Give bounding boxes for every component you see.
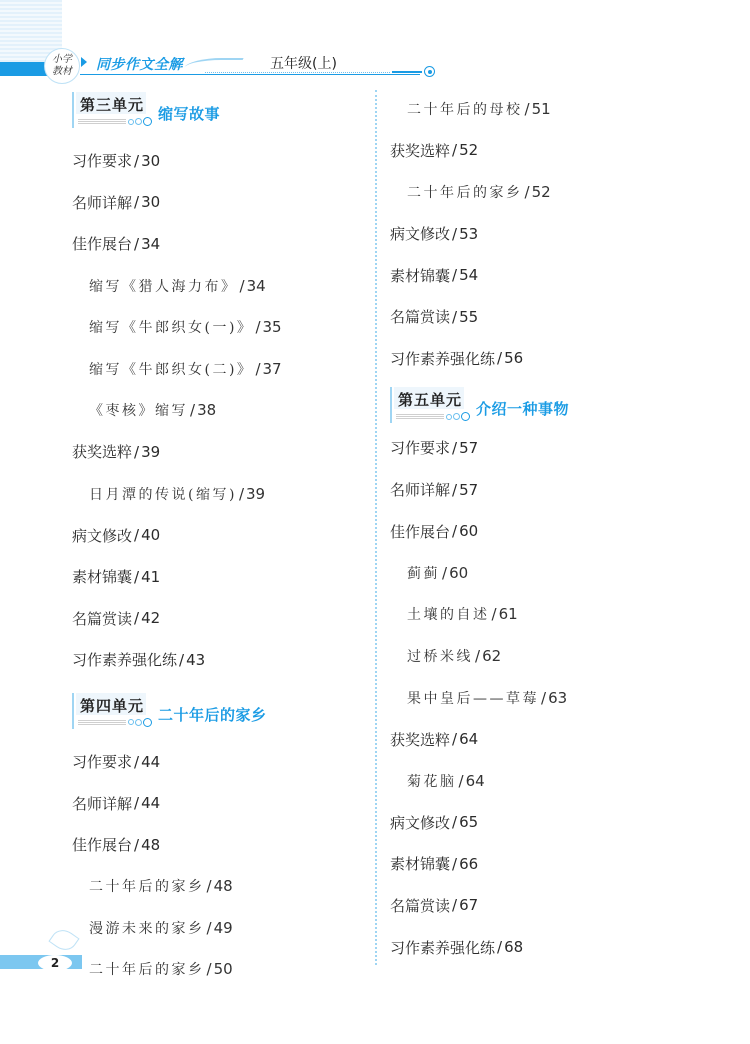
toc-page-number: 61 <box>499 605 518 623</box>
toc-entry-label: 二十年后的家乡 <box>89 876 205 896</box>
toc-entry[interactable]: 名师详解/30 <box>72 182 362 224</box>
toc-entry-label: 素材锦囊 <box>390 265 450 286</box>
toc-page-number: 53 <box>459 225 478 243</box>
toc-page-number: 39 <box>246 485 265 503</box>
toc-separator: / <box>207 877 212 895</box>
toc-page-number: 57 <box>459 481 478 499</box>
toc-separator: / <box>207 919 212 937</box>
toc-separator: / <box>452 522 457 540</box>
toc-page-number: 64 <box>466 772 485 790</box>
unit-badge: 第五单元 <box>390 387 468 423</box>
toc-entry[interactable]: 获奖选粹/52 <box>390 130 710 172</box>
toc-entry-label: 获奖选粹 <box>72 441 132 462</box>
toc-page-number: 38 <box>197 401 216 419</box>
badge-circles-decoration <box>128 718 152 727</box>
toc-subentry[interactable]: 日月潭的传说(缩写)/39 <box>72 473 362 515</box>
toc-entry-label: 二十年后的家乡 <box>89 959 205 979</box>
toc-separator: / <box>134 836 139 854</box>
unit-4-continued-list: 二十年后的母校/51获奖选粹/52二十年后的家乡/52病文修改/53素材锦囊/5… <box>390 88 710 379</box>
toc-separator: / <box>134 235 139 253</box>
toc-page-number: 37 <box>263 360 282 378</box>
toc-entry-label: 蓟蓟 <box>407 563 440 583</box>
toc-entry[interactable]: 获奖选粹/64 <box>390 718 710 760</box>
toc-entry-label: 佳作展台 <box>390 521 450 542</box>
toc-separator: / <box>134 526 139 544</box>
toc-entry-label: 佳作展台 <box>72 834 132 855</box>
toc-page-number: 55 <box>459 308 478 326</box>
toc-separator: / <box>452 141 457 159</box>
toc-entry-label: 获奖选粹 <box>390 140 450 161</box>
toc-page-number: 44 <box>141 794 160 812</box>
toc-entry[interactable]: 习作要求/30 <box>72 140 362 182</box>
toc-entry-label: 缩写《猎人海力布》 <box>89 276 238 296</box>
toc-entry-label: 佳作展台 <box>72 233 132 254</box>
toc-entry-label: 缩写《牛郎织女(一)》 <box>89 317 253 337</box>
unit-title: 缩写故事 <box>158 103 220 124</box>
toc-page-number: 52 <box>459 141 478 159</box>
unit-badge-label: 第三单元 <box>80 94 144 115</box>
toc-entry-label: 病文修改 <box>390 812 450 833</box>
toc-separator: / <box>255 360 260 378</box>
toc-entry[interactable]: 素材锦囊/66 <box>390 843 710 885</box>
toc-entry[interactable]: 名师详解/44 <box>72 782 362 824</box>
toc-separator: / <box>134 443 139 461</box>
toc-separator: / <box>134 609 139 627</box>
toc-separator: / <box>452 225 457 243</box>
toc-separator: / <box>442 564 447 582</box>
toc-entry[interactable]: 素材锦囊/41 <box>72 556 362 598</box>
header-solid-line <box>392 71 422 73</box>
toc-separator: / <box>207 960 212 978</box>
toc-entry-label: 名师详解 <box>72 793 132 814</box>
toc-separator: / <box>525 183 530 201</box>
toc-entry-label: 素材锦囊 <box>72 566 132 587</box>
toc-entry-label: 习作要求 <box>72 751 132 772</box>
toc-page-number: 43 <box>186 651 205 669</box>
column-divider <box>375 90 377 965</box>
toc-entry[interactable]: 佳作展台/48 <box>72 824 362 866</box>
toc-separator: / <box>452 730 457 748</box>
unit-3-list: 习作要求/30名师详解/30佳作展台/34缩写《猎人海力布》/34缩写《牛郎织女… <box>72 140 362 681</box>
toc-page-number: 66 <box>459 855 478 873</box>
toc-separator: / <box>452 266 457 284</box>
toc-entry[interactable]: 病文修改/40 <box>72 514 362 556</box>
toc-separator: / <box>255 318 260 336</box>
toc-page-number: 30 <box>141 193 160 211</box>
toc-separator: / <box>475 647 480 665</box>
toc-page-number: 64 <box>459 730 478 748</box>
toc-entry-label: 病文修改 <box>390 223 450 244</box>
toc-subentry[interactable]: 二十年后的家乡/52 <box>390 171 710 213</box>
toc-entry[interactable]: 名篇赏读/55 <box>390 296 710 338</box>
toc-entry[interactable]: 病文修改/53 <box>390 213 710 255</box>
toc-separator: / <box>452 308 457 326</box>
badge-lines-decoration <box>78 720 126 725</box>
toc-separator: / <box>134 152 139 170</box>
toc-subentry[interactable]: 《枣核》缩写/38 <box>72 390 362 432</box>
toc-right-column: 二十年后的母校/51获奖选粹/52二十年后的家乡/52病文修改/53素材锦囊/5… <box>390 88 710 968</box>
toc-subentry[interactable]: 土壤的自述/61 <box>390 594 710 636</box>
toc-separator: / <box>452 855 457 873</box>
toc-separator: / <box>492 605 497 623</box>
toc-separator: / <box>452 481 457 499</box>
toc-page-number: 67 <box>459 896 478 914</box>
toc-entry[interactable]: 获奖选粹/39 <box>72 431 362 473</box>
toc-entry[interactable]: 习作素养强化练/56 <box>390 338 710 380</box>
toc-entry-label: 名篇赏读 <box>390 895 450 916</box>
unit-5-list: 习作要求/57名师详解/57佳作展台/60蓟蓟/60土壤的自述/61过桥米线/6… <box>390 427 710 968</box>
toc-entry-label: 习作素养强化练 <box>390 937 495 958</box>
toc-page-number: 60 <box>449 564 468 582</box>
toc-entry[interactable]: 习作素养强化练/43 <box>72 639 362 681</box>
toc-separator: / <box>452 813 457 831</box>
toc-page-number: 56 <box>504 349 523 367</box>
toc-entry-label: 日月潭的传说(缩写) <box>89 484 237 504</box>
toc-separator: / <box>134 568 139 586</box>
toc-entry-label: 缩写《牛郎织女(二)》 <box>89 359 253 379</box>
toc-separator: / <box>134 753 139 771</box>
toc-entry-label: 菊花脑 <box>407 771 457 791</box>
toc-separator: / <box>541 689 546 707</box>
unit-badge: 第三单元 <box>72 92 150 128</box>
toc-page-number: 65 <box>459 813 478 831</box>
toc-page-number: 60 <box>459 522 478 540</box>
swoosh-decoration <box>181 58 243 74</box>
toc-entry-label: 二十年后的家乡 <box>407 182 523 202</box>
toc-subentry[interactable]: 过桥米线/62 <box>390 635 710 677</box>
toc-separator: / <box>497 349 502 367</box>
play-arrow-icon <box>81 57 87 67</box>
toc-separator: / <box>452 896 457 914</box>
series-logo: 小学 教材 <box>44 48 80 84</box>
toc-page-number: 34 <box>247 277 266 295</box>
toc-subentry[interactable]: 二十年后的母校/51 <box>390 88 710 130</box>
toc-subentry[interactable]: 二十年后的家乡/48 <box>72 866 362 908</box>
toc-entry-label: 果中皇后——草莓 <box>407 688 539 708</box>
grade-label: 五年级(上) <box>270 53 337 73</box>
toc-page-number: 62 <box>482 647 501 665</box>
toc-entry-label: 名师详解 <box>390 479 450 500</box>
toc-entry-label: 名师详解 <box>72 192 132 213</box>
toc-separator: / <box>134 193 139 211</box>
toc-subentry[interactable]: 缩写《猎人海力布》/34 <box>72 265 362 307</box>
toc-entry[interactable]: 病文修改/65 <box>390 802 710 844</box>
toc-page-number: 68 <box>504 938 523 956</box>
header-underline <box>80 74 420 75</box>
toc-separator: / <box>240 277 245 295</box>
unit-badge: 第四单元 <box>72 693 150 729</box>
toc-left-column: 第三单元 缩写故事 习作要求/30名师详解/30佳作展台/34缩写《猎人海力布》… <box>72 88 362 990</box>
toc-entry-label: 二十年后的母校 <box>407 99 523 119</box>
toc-separator: / <box>239 485 244 503</box>
toc-entry-label: 获奖选粹 <box>390 729 450 750</box>
toc-subentry[interactable]: 缩写《牛郎织女(一)》/35 <box>72 306 362 348</box>
badge-circles-decoration <box>128 117 152 126</box>
unit-4-header: 第四单元 二十年后的家乡 <box>72 689 362 729</box>
toc-page-number: 34 <box>141 235 160 253</box>
toc-separator: / <box>134 794 139 812</box>
toc-page-number: 39 <box>141 443 160 461</box>
toc-page-number: 49 <box>214 919 233 937</box>
toc-entry-label: 土壤的自述 <box>407 604 490 624</box>
toc-page-number: 41 <box>141 568 160 586</box>
page-number: 2 <box>38 955 72 971</box>
toc-page-number: 30 <box>141 152 160 170</box>
logo-line-2: 教材 <box>52 66 72 78</box>
toc-entry-label: 素材锦囊 <box>390 853 450 874</box>
toc-subentry[interactable]: 果中皇后——草莓/63 <box>390 677 710 719</box>
toc-subentry[interactable]: 菊花脑/64 <box>390 760 710 802</box>
toc-separator: / <box>459 772 464 790</box>
toc-entry[interactable]: 佳作展台/60 <box>390 510 710 552</box>
unit-badge-label: 第四单元 <box>80 695 144 716</box>
toc-separator: / <box>497 938 502 956</box>
badge-lines-decoration <box>396 414 444 419</box>
toc-subentry[interactable]: 蓟蓟/60 <box>390 552 710 594</box>
target-circle-icon <box>424 66 435 77</box>
toc-page-number: 42 <box>141 609 160 627</box>
toc-page-number: 54 <box>459 266 478 284</box>
toc-entry[interactable]: 习作要求/44 <box>72 741 362 783</box>
toc-entry-label: 习作要求 <box>390 437 450 458</box>
toc-entry-label: 名篇赏读 <box>390 306 450 327</box>
toc-separator: / <box>179 651 184 669</box>
unit-4-list: 习作要求/44名师详解/44佳作展台/48二十年后的家乡/48漫游未来的家乡/4… <box>72 741 362 991</box>
toc-entry-label: 习作要求 <box>72 150 132 171</box>
toc-page-number: 44 <box>141 753 160 771</box>
toc-entry-label: 《枣核》缩写 <box>89 400 188 420</box>
toc-page-number: 48 <box>141 836 160 854</box>
toc-entry-label: 习作素养强化练 <box>390 348 495 369</box>
toc-page-number: 63 <box>548 689 567 707</box>
toc-page-number: 35 <box>263 318 282 336</box>
toc-entry-label: 名篇赏读 <box>72 608 132 629</box>
toc-entry[interactable]: 名篇赏读/67 <box>390 885 710 927</box>
toc-page-number: 50 <box>214 960 233 978</box>
unit-title: 二十年后的家乡 <box>158 704 267 725</box>
series-title: 同步作文全解 <box>96 54 183 74</box>
toc-entry-label: 习作素养强化练 <box>72 649 177 670</box>
toc-separator: / <box>525 100 530 118</box>
toc-entry[interactable]: 名篇赏读/42 <box>72 598 362 640</box>
header-blue-bar <box>0 62 48 76</box>
logo-line-1: 小学 <box>52 54 72 66</box>
toc-subentry[interactable]: 二十年后的家乡/50 <box>72 949 362 991</box>
toc-entry-label: 漫游未来的家乡 <box>89 918 205 938</box>
toc-entry-label: 病文修改 <box>72 525 132 546</box>
toc-page-number: 40 <box>141 526 160 544</box>
toc-page-number: 57 <box>459 439 478 457</box>
badge-circles-decoration <box>446 412 470 421</box>
toc-entry-label: 过桥米线 <box>407 646 473 666</box>
toc-entry[interactable]: 素材锦囊/54 <box>390 254 710 296</box>
toc-subentry[interactable]: 缩写《牛郎织女(二)》/37 <box>72 348 362 390</box>
badge-lines-decoration <box>78 119 126 124</box>
toc-subentry[interactable]: 漫游未来的家乡/49 <box>72 907 362 949</box>
unit-3-header: 第三单元 缩写故事 <box>72 88 362 128</box>
toc-separator: / <box>452 439 457 457</box>
toc-page-number: 52 <box>532 183 551 201</box>
toc-page-number: 51 <box>532 100 551 118</box>
toc-entry[interactable]: 习作素养强化练/68 <box>390 926 710 968</box>
toc-entry[interactable]: 习作要求/57 <box>390 427 710 469</box>
unit-title: 介绍一种事物 <box>476 398 569 419</box>
toc-separator: / <box>190 401 195 419</box>
unit-5-header: 第五单元 介绍一种事物 <box>390 383 710 423</box>
toc-entry[interactable]: 佳作展台/34 <box>72 223 362 265</box>
toc-page-number: 48 <box>214 877 233 895</box>
unit-badge-label: 第五单元 <box>398 389 462 410</box>
toc-entry[interactable]: 名师详解/57 <box>390 469 710 511</box>
